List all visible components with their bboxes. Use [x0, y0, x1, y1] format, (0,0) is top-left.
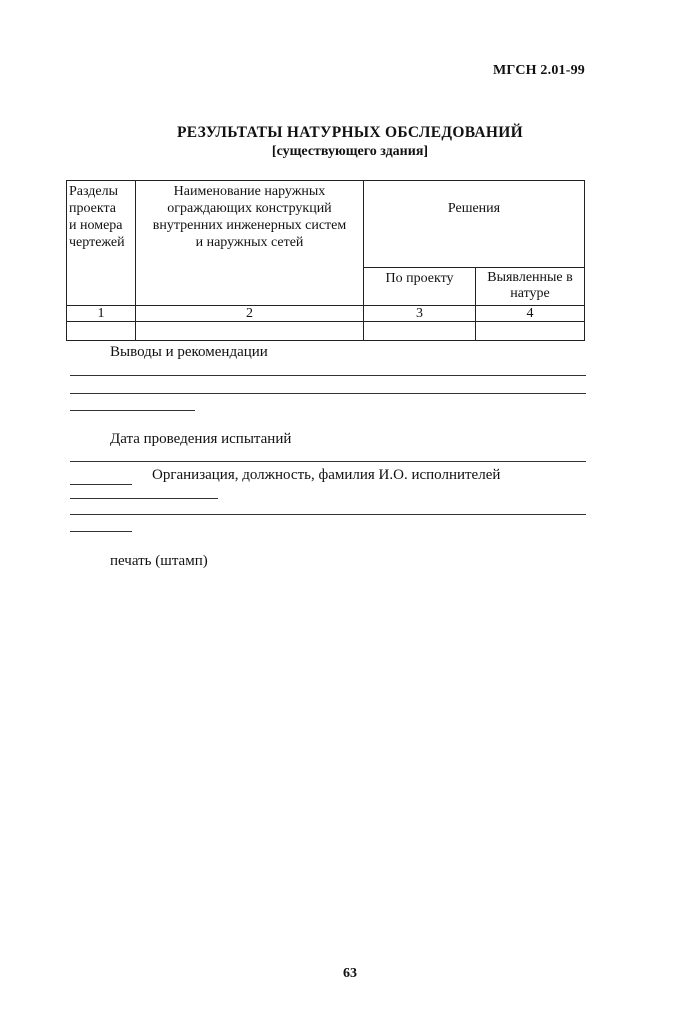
- header-by-project: По проекту: [364, 270, 475, 287]
- col-number-4: 4: [476, 305, 584, 322]
- subheader-divider: [363, 267, 584, 268]
- col-number-2: 2: [136, 305, 363, 322]
- form-title: РЕЗУЛЬТАТЫ НАТУРНЫХ ОБСЛЕДОВАНИЙ: [0, 124, 700, 142]
- executors-line-3[interactable]: [70, 531, 132, 532]
- test-date-label: Дата проведения испытаний: [110, 431, 291, 448]
- conclusions-line-2[interactable]: [70, 393, 586, 394]
- conclusions-line-1[interactable]: [70, 375, 586, 376]
- executors-label: Организация, должность, фамилия И.О. исп…: [152, 467, 500, 484]
- table-row[interactable]: [67, 322, 584, 340]
- page-number: 63: [0, 966, 700, 982]
- conclusions-label: Выводы и рекомендации: [110, 344, 268, 361]
- header-found-onsite: Выявленные в натуре: [476, 270, 584, 302]
- test-date-line[interactable]: [70, 461, 586, 462]
- header-sections: Разделы проекта и номера чертежей: [69, 183, 135, 251]
- col-number-1: 1: [67, 305, 135, 322]
- conclusions-line-3[interactable]: [70, 410, 195, 411]
- executors-line-1[interactable]: [70, 498, 218, 499]
- stamp-label: печать (штамп): [110, 553, 208, 570]
- form-subtitle: [существующего здания]: [0, 144, 700, 160]
- executors-line-prefix[interactable]: [70, 484, 132, 485]
- header-name: Наименование наружных ограждающих констр…: [136, 183, 363, 251]
- header-decisions: Решения: [364, 200, 584, 217]
- col-number-3: 3: [364, 305, 475, 322]
- document-code: МГСН 2.01-99: [493, 63, 585, 79]
- executors-line-2[interactable]: [70, 514, 586, 515]
- results-table: Разделы проекта и номера чертежей Наимен…: [66, 180, 585, 341]
